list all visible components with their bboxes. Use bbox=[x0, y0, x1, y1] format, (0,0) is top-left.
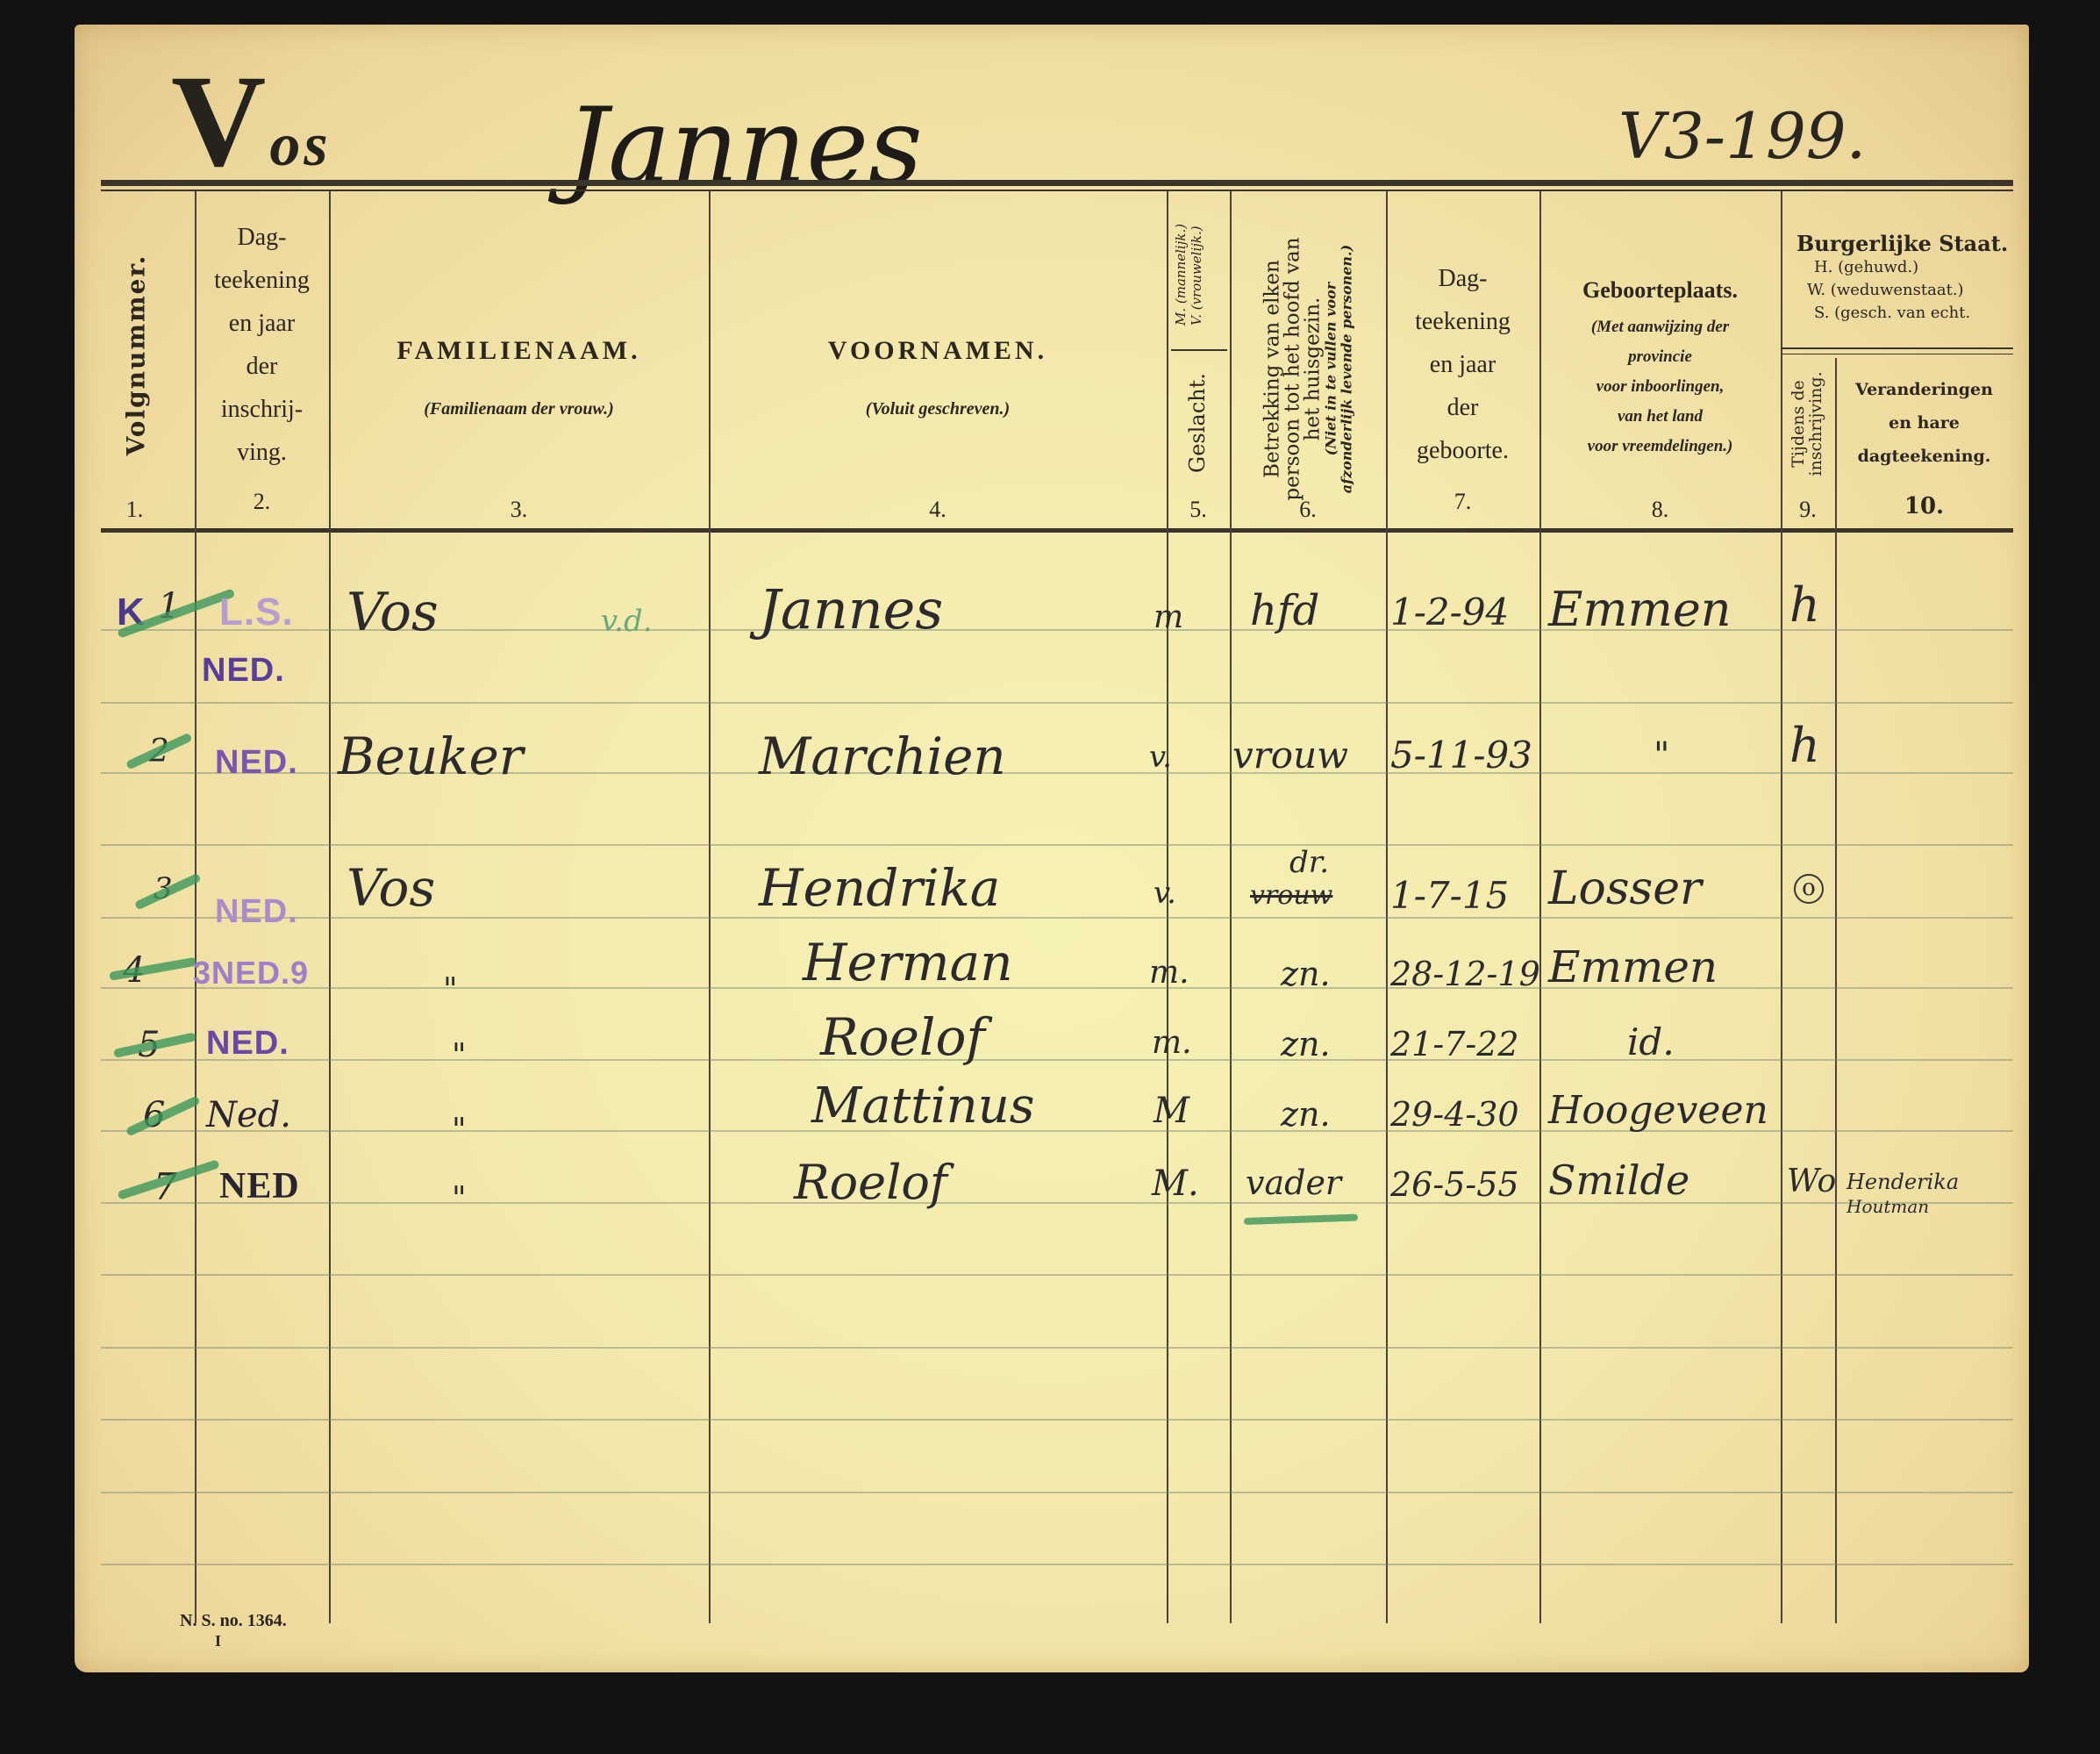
veranderingen-line: Henderika bbox=[1846, 1170, 1959, 1194]
col-number: 1. bbox=[75, 497, 195, 523]
bs-h: H. (gehuwd.) bbox=[1796, 256, 2013, 279]
header-line: het huisgezin. bbox=[1304, 220, 1324, 519]
row-line bbox=[101, 1347, 2013, 1349]
betrekking-struck: vrouw bbox=[1250, 880, 1332, 911]
header-label: VOORNAMEN. bbox=[709, 336, 1167, 366]
burgerlijke-staat: h bbox=[1789, 718, 1820, 773]
header-label: FAMILIENAAM. bbox=[329, 336, 709, 366]
geboortedatum: 1-2-94 bbox=[1390, 591, 1509, 634]
betrekking: dr. bbox=[1289, 845, 1329, 880]
familienaam: " bbox=[452, 1038, 467, 1074]
geslacht: v. bbox=[1154, 876, 1176, 911]
betrekking: zn. bbox=[1281, 1025, 1331, 1063]
header-label: Geboorteplaats. bbox=[1539, 277, 1781, 304]
header-line: teekening bbox=[1386, 300, 1539, 343]
header-line: Dag- bbox=[195, 216, 329, 259]
geboortedatum: 29-4-30 bbox=[1390, 1095, 1519, 1134]
voornamen: Marchien bbox=[759, 727, 1006, 786]
header-label: Tijdens de inschrijving. bbox=[1789, 349, 1825, 498]
betrekking: hfd bbox=[1250, 586, 1319, 635]
veranderingen-line: Houtman bbox=[1846, 1194, 1959, 1219]
geslacht: M. bbox=[1152, 1163, 1199, 1204]
geboortedatum: 28-12-19 bbox=[1390, 955, 1540, 993]
header-line: voor vreemdelingen.) bbox=[1539, 432, 1781, 462]
bs-s: S. (gesch. van echt. bbox=[1796, 302, 2013, 325]
row-line bbox=[101, 1202, 2013, 1204]
betrekking: vader bbox=[1246, 1163, 1341, 1202]
green-underline bbox=[1244, 1213, 1358, 1225]
header-col-6: Betrekking van elken persoon tot het hoo… bbox=[1230, 191, 1386, 528]
voornamen: Mattinus bbox=[811, 1077, 1035, 1135]
stamp-ned: Ned. bbox=[206, 1095, 291, 1135]
header-col-9: Tijdens de inschrijving. 9. bbox=[1781, 354, 1835, 528]
card-surname: Vos bbox=[171, 55, 332, 187]
geboorteplaats: Emmen bbox=[1548, 582, 1732, 637]
sub-m: M. (mannelijk.) bbox=[1173, 194, 1189, 326]
betrekking: zn. bbox=[1281, 1095, 1331, 1134]
geboorteplaats: id. bbox=[1627, 1020, 1675, 1063]
voornamen: Hendrika bbox=[759, 858, 1000, 918]
col-number: 4. bbox=[709, 497, 1167, 523]
top-rule bbox=[101, 180, 2013, 186]
col-number: 2. bbox=[195, 480, 329, 523]
row-line bbox=[101, 1564, 2013, 1565]
header-burgerlijke-staat: Burgerlijke Staat. H. (gehuwd.) W. (wedu… bbox=[1781, 191, 2013, 349]
stamp-ned: NED. bbox=[215, 893, 298, 931]
header-col-7: Dag- teekening en jaar der geboorte. 7. bbox=[1386, 191, 1539, 528]
green-annotation: v.d. bbox=[601, 604, 653, 639]
familienaam: " bbox=[443, 972, 458, 1008]
footer-mark: I bbox=[215, 1632, 221, 1650]
header-col-10: Veranderingen en hare dagteekening. 10. bbox=[1835, 354, 2013, 528]
header-line: der bbox=[1386, 386, 1539, 429]
header-sub: (Familienaam der vrouw.) bbox=[329, 399, 709, 419]
header-sub: afzonderlijk levende personen.) bbox=[1339, 220, 1355, 519]
header-label: Geslacht. bbox=[1185, 357, 1210, 489]
burgerlijke-staat: o bbox=[1794, 874, 1824, 904]
header-sub: (Voluit geschreven.) bbox=[709, 399, 1167, 419]
row-line bbox=[101, 702, 2013, 704]
geboortedatum: 5-11-93 bbox=[1390, 734, 1532, 777]
geslacht: m. bbox=[1149, 955, 1189, 991]
header-line: inschrij- bbox=[195, 388, 329, 431]
header-line: Betrekking van elken bbox=[1263, 220, 1283, 519]
stamp-ned: 3NED.9 bbox=[193, 955, 309, 992]
header-col-2: Dag- teekening en jaar der inschrij- vin… bbox=[195, 191, 329, 528]
familienaam: Vos bbox=[346, 582, 439, 643]
surname-rest: os bbox=[269, 111, 331, 179]
header-line: voor inboorlingen, bbox=[1539, 372, 1781, 402]
stamp-ls: L.S. bbox=[219, 591, 294, 634]
voornamen: Herman bbox=[803, 933, 1013, 992]
voornamen: Jannes bbox=[759, 577, 943, 641]
header-col-8: Geboorteplaats. (Met aanwijzing der prov… bbox=[1539, 191, 1781, 528]
col-number: 6. bbox=[1230, 497, 1386, 523]
header-label: Betrekking van elken persoon tot het hoo… bbox=[1263, 220, 1355, 519]
header-line: Veranderingen bbox=[1835, 373, 2013, 406]
header-bottom-rule bbox=[101, 528, 2013, 533]
geboorteplaats: " bbox=[1654, 735, 1669, 776]
familienaam: Beuker bbox=[338, 727, 524, 786]
header-line: persoon tot het hoofd van bbox=[1283, 220, 1304, 519]
familienaam: Vos bbox=[346, 858, 435, 918]
header-col-1: Volgnummer. 1. bbox=[75, 191, 195, 528]
header-line: en jaar bbox=[195, 302, 329, 345]
header-line: ving. bbox=[195, 431, 329, 474]
header-line: Dag- bbox=[1386, 257, 1539, 300]
col-number: 9. bbox=[1781, 497, 1835, 523]
header-line: en hare bbox=[1835, 406, 2013, 440]
registration-card: Vos Jannes V3-199. Volgnummer. 1. Dag- t… bbox=[75, 25, 2029, 1672]
stamp-ned: NED. bbox=[215, 744, 298, 782]
geboorteplaats: Losser bbox=[1548, 863, 1702, 915]
header-line: geboorte. bbox=[1386, 429, 1539, 472]
col-number: 8. bbox=[1539, 497, 1781, 523]
header-line: (Met aanwijzing der bbox=[1539, 312, 1781, 342]
familienaam: " bbox=[452, 1113, 467, 1149]
burgerlijke-staat: h bbox=[1789, 577, 1820, 633]
bs-w: W. (weduwenstaat.) bbox=[1796, 279, 2013, 302]
geboorteplaats: Smilde bbox=[1548, 1156, 1689, 1204]
row-line bbox=[101, 1419, 2013, 1421]
betrekking: zn. bbox=[1281, 955, 1331, 993]
col-number: 10. bbox=[1835, 490, 2013, 523]
header-line: van het land bbox=[1539, 402, 1781, 432]
familienaam: " bbox=[452, 1181, 467, 1217]
header-label: Volgnummer. bbox=[122, 233, 151, 478]
col-number: 7. bbox=[1386, 480, 1539, 523]
geboorteplaats: Emmen bbox=[1548, 941, 1718, 992]
card-reference: V3-199. bbox=[1618, 99, 1866, 173]
geslacht: m bbox=[1154, 599, 1183, 635]
bs-title: Burgerlijke Staat. bbox=[1796, 231, 2013, 256]
voornamen: Roelof bbox=[820, 1007, 985, 1067]
voornamen: Roelof bbox=[794, 1155, 947, 1210]
header-sub: (Met aanwijzing der provincie voor inboo… bbox=[1539, 312, 1781, 462]
sub-v: V. (vrouwelijk.) bbox=[1189, 194, 1204, 326]
col-number: 5. bbox=[1167, 497, 1230, 523]
geslacht: m. bbox=[1152, 1025, 1192, 1061]
col-divider bbox=[1835, 358, 1837, 1623]
header-col-4: VOORNAMEN. (Voluit geschreven.) 4. bbox=[709, 191, 1167, 528]
geboortedatum: 1-7-15 bbox=[1390, 874, 1509, 917]
stamp-ned: NED. bbox=[202, 652, 285, 690]
header-line: der bbox=[195, 345, 329, 388]
header-line: inschrijving. bbox=[1807, 349, 1825, 498]
header-sub: M. (mannelijk.) V. (vrouwelijk.) bbox=[1173, 194, 1204, 326]
row-line bbox=[101, 987, 2013, 989]
header-line: provincie bbox=[1539, 342, 1781, 372]
header-sub: (Niet in te vullen voor bbox=[1324, 220, 1339, 519]
burgerlijke-staat: Wo bbox=[1787, 1163, 1836, 1199]
stamp-ned: NED bbox=[219, 1165, 300, 1207]
stamp-ned: NED. bbox=[206, 1025, 289, 1063]
header-line: Tijdens de bbox=[1789, 349, 1807, 498]
row-line bbox=[101, 1059, 2013, 1061]
geslacht: v. bbox=[1149, 740, 1172, 775]
col-number: 3. bbox=[329, 497, 709, 523]
geboortedatum: 21-7-22 bbox=[1390, 1025, 1519, 1063]
betrekking: vrouw bbox=[1232, 734, 1348, 777]
row-line bbox=[101, 1274, 2013, 1276]
row-line bbox=[101, 844, 2013, 846]
header-col-5: Geslacht. M. (mannelijk.) V. (vrouwelijk… bbox=[1167, 191, 1230, 528]
header-line: teekening bbox=[195, 259, 329, 302]
form-number: N. S. no. 1364. bbox=[180, 1611, 287, 1631]
geboortedatum: 26-5-55 bbox=[1390, 1165, 1519, 1204]
veranderingen: Henderika Houtman bbox=[1846, 1170, 1959, 1219]
row-line bbox=[101, 1492, 2013, 1493]
surname-initial: V bbox=[171, 48, 269, 194]
geslacht: M bbox=[1154, 1091, 1189, 1131]
header-line: dagteekening. bbox=[1835, 440, 2013, 473]
geboorteplaats: Hoogeveen bbox=[1548, 1088, 1768, 1133]
header-line: en jaar bbox=[1386, 343, 1539, 386]
header-col-3: FAMILIENAAM. (Familienaam der vrouw.) 3. bbox=[329, 191, 709, 528]
